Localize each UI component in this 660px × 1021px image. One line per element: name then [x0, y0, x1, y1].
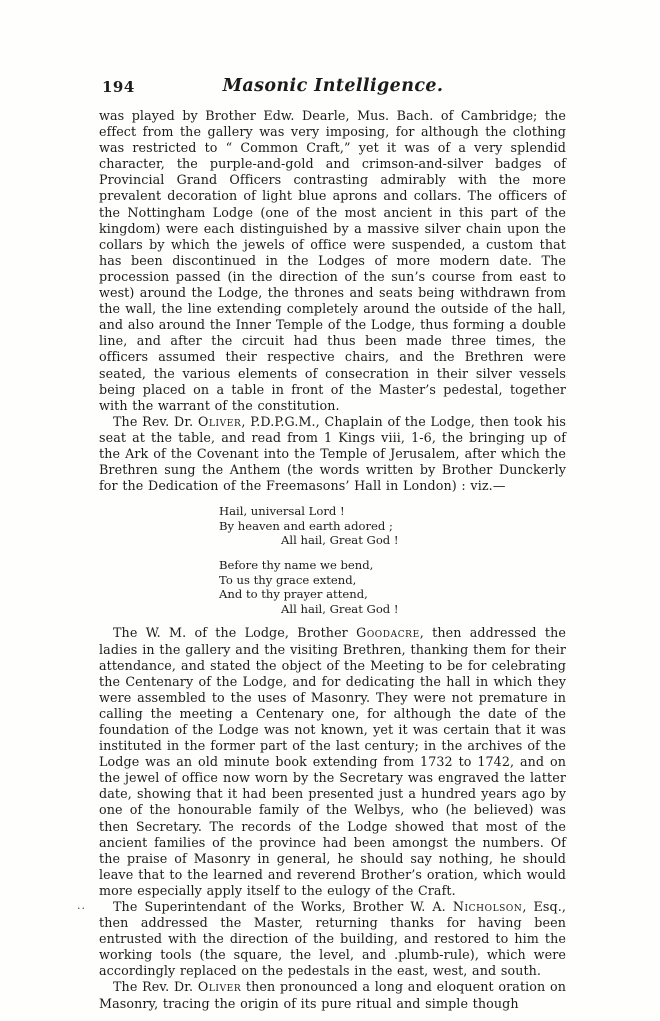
- small-caps-name: Nicholson: [453, 899, 523, 914]
- verse-stanza: Hail, universal Lord !By heaven and eart…: [219, 504, 566, 548]
- book-page: 194 Masonic Intelligence. was played by …: [0, 0, 660, 1021]
- paragraph-text: , then addressed the ladies in the galle…: [99, 625, 566, 898]
- verse-line: And to thy prayer attend,: [219, 587, 566, 602]
- verse-line: All hail, Great God !: [281, 602, 566, 617]
- small-caps-name: Oliver: [198, 979, 241, 994]
- small-caps-name: Oliver: [198, 414, 241, 429]
- verse-line: To us thy grace extend,: [219, 573, 566, 588]
- small-caps-name: Goodacre: [356, 625, 420, 640]
- body-paragraph: was played by Brother Edw. Dearle, Mus. …: [99, 108, 566, 414]
- paragraph-text: was played by Brother Edw. Dearle, Mus. …: [99, 108, 566, 413]
- verse-line: All hail, Great God !: [281, 533, 566, 548]
- verse-stanza: Before thy name we bend,To us thy grace …: [219, 558, 566, 616]
- verse-line: Hail, universal Lord !: [219, 504, 566, 519]
- body-paragraph: The Superintendant of the Works, Brother…: [99, 899, 566, 979]
- verse-line: Before thy name we bend,: [219, 558, 566, 573]
- verse-line: By heaven and earth adored ;: [219, 519, 566, 534]
- paragraph-text: The Rev. Dr.: [113, 414, 198, 429]
- body-paragraph: The Rev. Dr. Oliver, P.D.P.G.M., Chaplai…: [99, 414, 566, 494]
- paragraph-text: The Superintendant of the Works, Brother…: [113, 899, 453, 914]
- paragraph-text: The W. M. of the Lodge, Brother: [113, 625, 356, 640]
- anthem-verse: Hail, universal Lord !By heaven and eart…: [219, 504, 566, 616]
- running-title: Masonic Intelligence.: [100, 76, 566, 96]
- paragraph-text: The Rev. Dr.: [113, 979, 198, 994]
- body-paragraph: The W. M. of the Lodge, Brother Goodacre…: [99, 625, 566, 899]
- page-header: 194 Masonic Intelligence.: [100, 76, 566, 100]
- margin-scan-artifact: ..: [77, 899, 86, 912]
- body-paragraph: The Rev. Dr. Oliver then pronounced a lo…: [99, 979, 566, 1011]
- text-body: was played by Brother Edw. Dearle, Mus. …: [99, 108, 566, 1012]
